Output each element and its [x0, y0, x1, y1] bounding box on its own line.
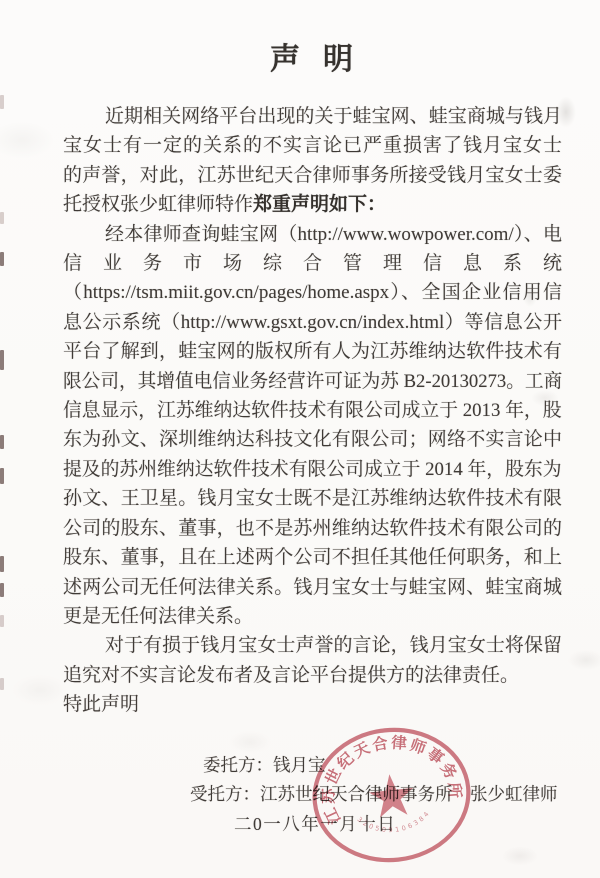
doc-line: 孙文、王卫星。钱月宝女士既不是江苏维纳达软件技术有限	[63, 484, 562, 513]
scan-artifact	[0, 435, 4, 449]
doc-line: 信业务市场综合管理信息系统	[63, 249, 562, 278]
doc-line: 追究对不实言论发布者及言论平台提供方的法律责任。	[63, 661, 562, 690]
doc-line: 经本律师查询蛙宝网（http://www.wowpower.com/）、电	[63, 220, 562, 249]
doc-line: 特此声明	[63, 690, 562, 719]
doc-line: 更是无任何法律关系。	[63, 602, 562, 631]
scan-artifact	[0, 468, 4, 484]
doc-line: 公司的股东、董事，也不是苏州维纳达软件技术有限公司的	[63, 514, 562, 543]
document-title: 声明	[270, 34, 376, 78]
scan-artifact	[0, 583, 4, 597]
scan-artifact	[0, 252, 4, 266]
scanned-document: 声明 近期相关网络平台出现的关于蛙宝网、蛙宝商城与钱月宝女士有一定的关系的不实言…	[0, 0, 600, 878]
doc-line: 限公司，其增值电信业务经营许可证为苏 B2-20130273。工商	[63, 367, 553, 396]
scan-artifact	[0, 212, 4, 224]
doc-line: 息公示系统（http://www.gsxt.gov.cn/index.html）…	[63, 308, 562, 337]
doc-line-bold-segment: 郑重声明如下：	[253, 194, 386, 215]
scan-artifact	[0, 95, 4, 109]
doc-line: 托授权张少虹律师特作郑重声明如下：	[63, 190, 562, 219]
doc-line: 宝女士有一定的关系的不实言论已严重损害了钱月宝女士	[63, 131, 562, 160]
consignor-line: 委托方：钱月宝	[203, 752, 326, 777]
doc-line: 提及的苏州维纳达软件技术有限公司成立于 2014 年，股东为	[63, 455, 557, 484]
scan-artifact	[0, 350, 4, 370]
scan-artifact	[0, 615, 4, 627]
doc-line: 股东、董事，且在上述两个公司不担任其他任何职务，和上	[63, 543, 562, 572]
doc-line: 的声誉，对此，江苏世纪天合律师事务所接受钱月宝女士委	[63, 161, 562, 190]
scan-artifact	[0, 556, 4, 572]
doc-line: 近期相关网络平台出现的关于蛙宝网、蛙宝商城与钱月	[63, 102, 562, 131]
doc-line: 信息显示，江苏维纳达软件技术有限公司成立于 2013 年，股	[63, 396, 557, 425]
consignee-line: 受托方：江苏世纪天合律师事务所 张少虹律师	[190, 781, 558, 806]
document-body: 近期相关网络平台出现的关于蛙宝网、蛙宝商城与钱月宝女士有一定的关系的不实言论已严…	[63, 102, 562, 720]
doc-line: （https://tsm.miit.gov.cn/pages/home.aspx…	[63, 278, 562, 307]
doc-line: 述两公司无任何法律关系。钱月宝女士与蛙宝网、蛙宝商城	[63, 573, 562, 602]
scan-artifact	[0, 678, 4, 690]
doc-line: 东为孙文、深圳维纳达科技文化有限公司；网络不实言论中	[63, 425, 562, 454]
doc-line: 对于有损于钱月宝女士声誉的言论，钱月宝女士将保留	[63, 631, 562, 660]
doc-line: 平台了解到，蛙宝网的版权所有人为江苏维纳达软件技术有	[63, 337, 562, 366]
date-line: 二0一八年一月十日	[234, 811, 396, 836]
doc-line-segment: 托授权张少虹律师特作	[63, 194, 253, 215]
